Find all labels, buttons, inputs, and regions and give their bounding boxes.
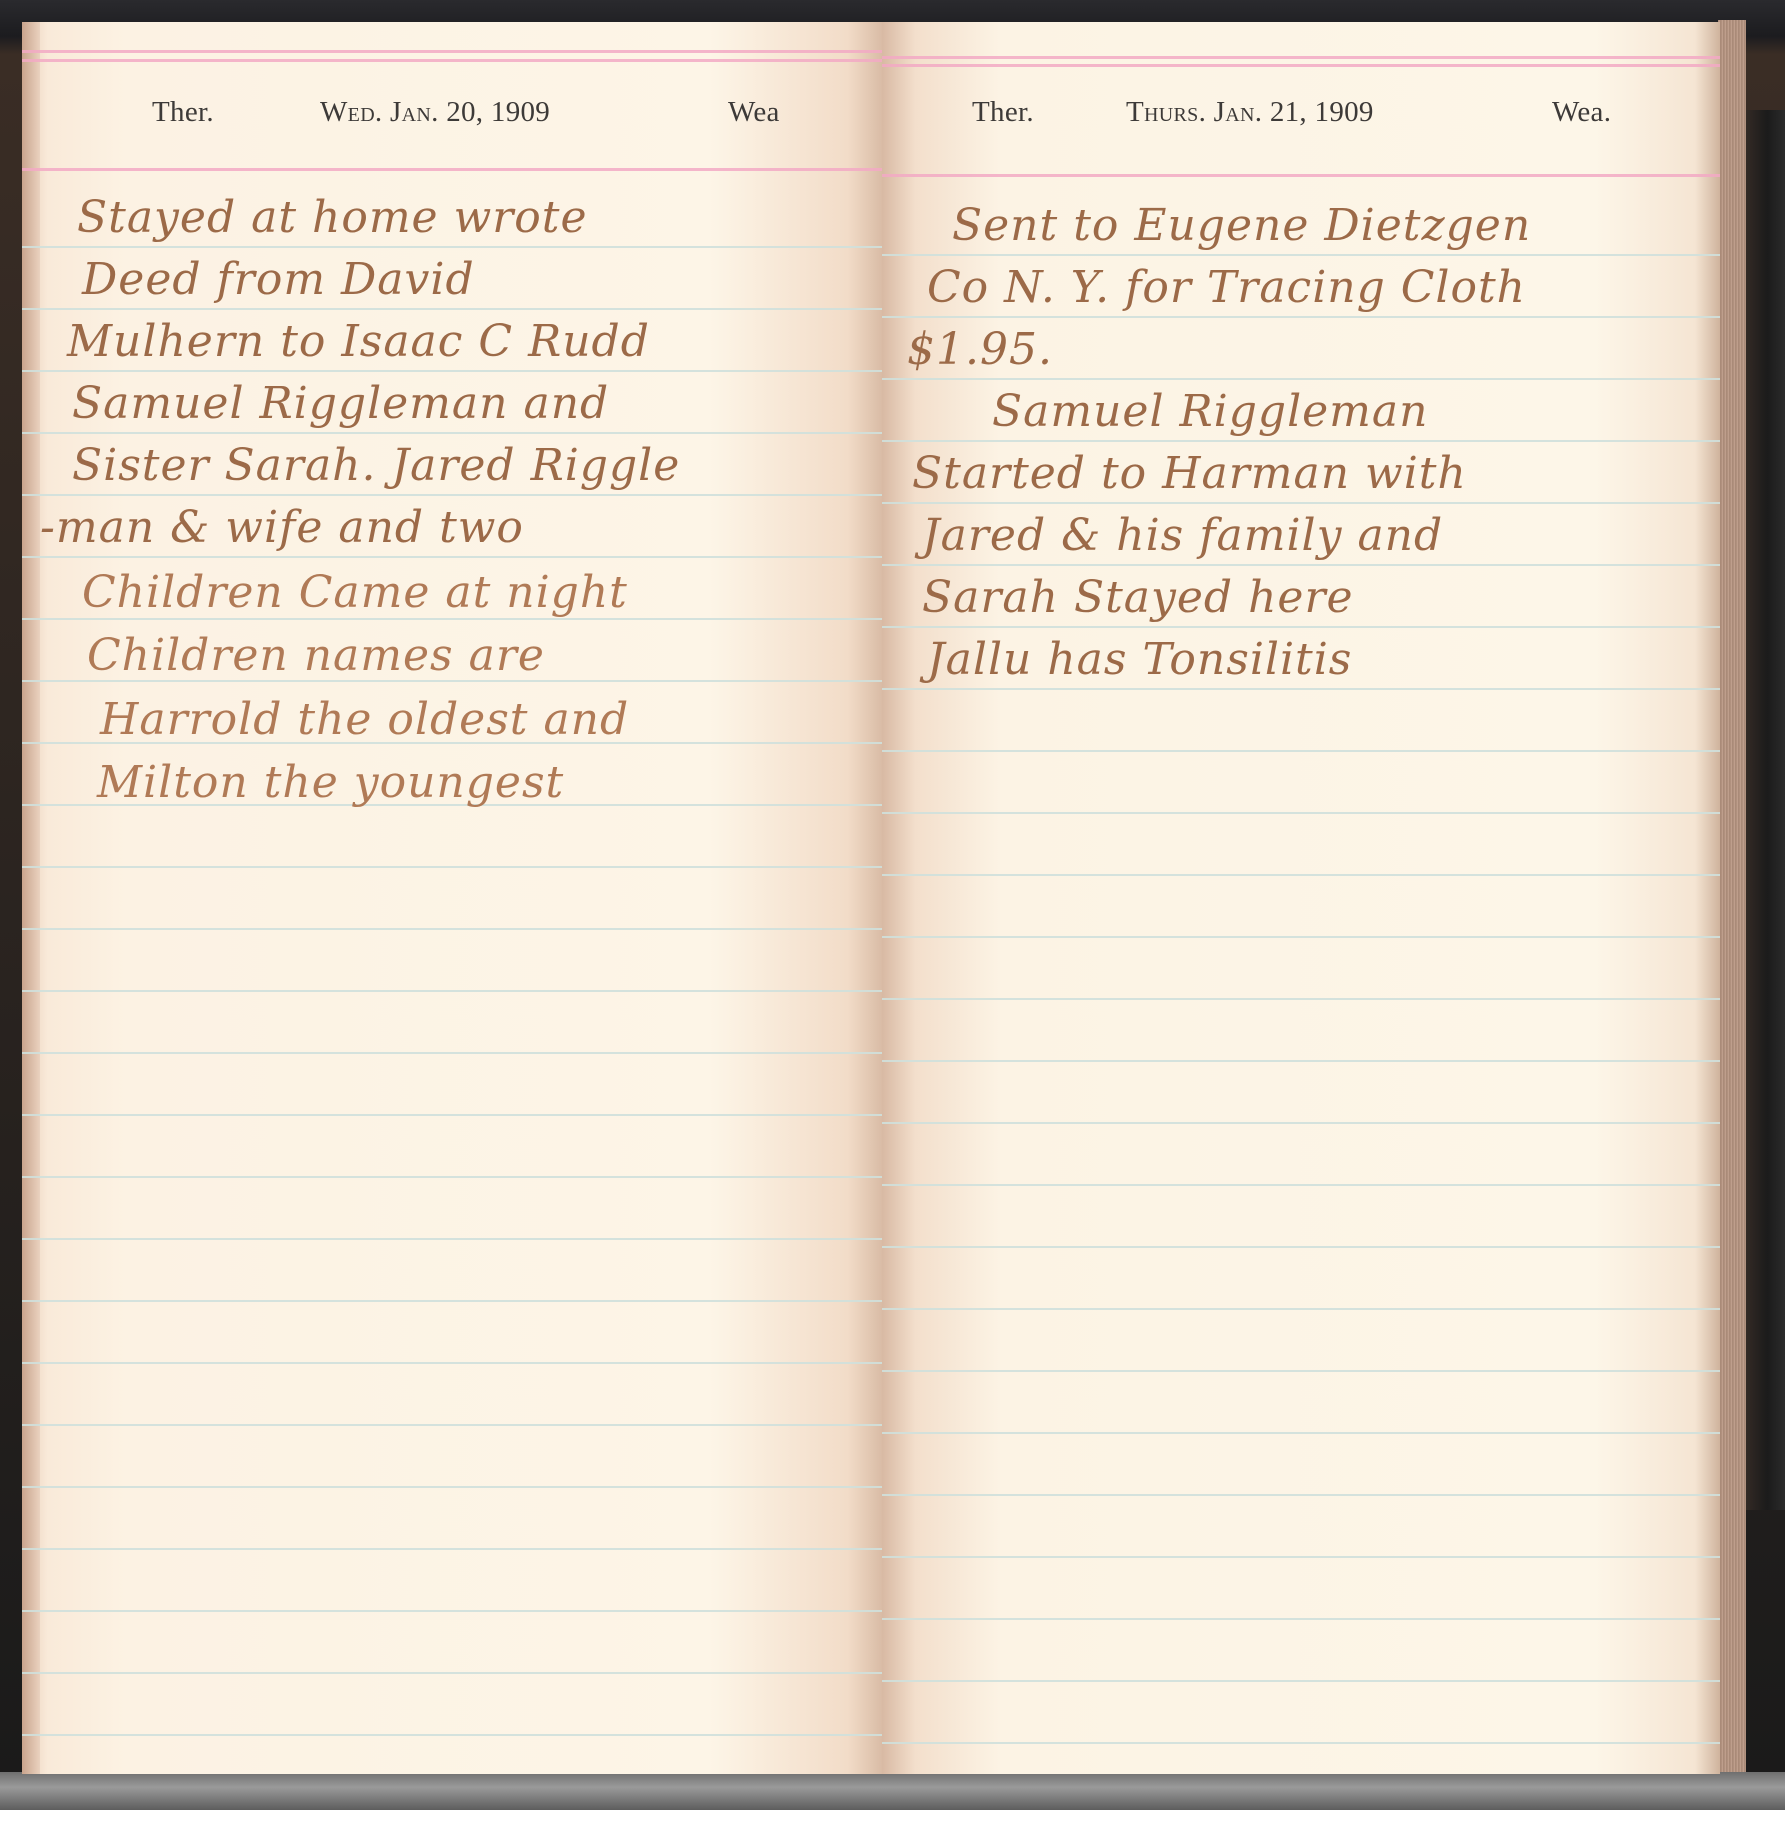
handwritten-line: Deed from David xyxy=(82,254,475,305)
handwritten-line: -man & wife and two xyxy=(40,502,524,553)
ruled-line xyxy=(882,1556,1720,1558)
ruled-line xyxy=(882,440,1720,442)
ruled-line xyxy=(882,1060,1720,1062)
wea-label: Wea. xyxy=(1552,96,1611,129)
ther-label: Ther. xyxy=(152,96,214,129)
ruled-line xyxy=(882,750,1720,752)
ruled-line xyxy=(22,1486,882,1488)
handwritten-line: Stayed at home wrote xyxy=(77,192,588,243)
ruled-line xyxy=(22,1734,882,1736)
ruled-line xyxy=(22,1052,882,1054)
page-date: Wed. Jan. 20, 1909 xyxy=(320,96,550,129)
ruled-line xyxy=(882,1370,1720,1372)
ruled-line xyxy=(22,990,882,992)
left-page-header: Ther. Wed. Jan. 20, 1909 Wea xyxy=(22,96,882,146)
ruled-line xyxy=(22,432,882,434)
handwritten-line: $1.95. xyxy=(907,324,1053,375)
ruled-line xyxy=(882,502,1720,504)
ruled-line xyxy=(882,936,1720,938)
page-edges xyxy=(1718,20,1746,1775)
ruled-line xyxy=(22,928,882,930)
handwritten-line: Samuel Riggleman xyxy=(992,386,1428,437)
ruled-line xyxy=(22,1548,882,1550)
book-cover-right-edge xyxy=(1740,110,1785,1510)
ruled-line xyxy=(22,1362,882,1364)
handwritten-line: Children Came at night xyxy=(82,567,628,618)
book-cover-bottom-edge xyxy=(0,1772,1785,1810)
ruled-line xyxy=(882,688,1720,690)
handwritten-line: Co N. Y. for Tracing Cloth xyxy=(927,262,1526,313)
right-page: Ther. Thurs. Jan. 21, 1909 Wea. Sent to … xyxy=(882,22,1720,1774)
handwritten-line: Jallu has Tonsilitis xyxy=(927,634,1352,685)
ruled-line xyxy=(22,1672,882,1674)
ruled-line xyxy=(882,998,1720,1000)
ruled-line xyxy=(882,254,1720,256)
handwritten-line: Milton the youngest xyxy=(97,757,564,808)
ruled-line xyxy=(882,564,1720,566)
ruled-line xyxy=(882,812,1720,814)
handwritten-line: Started to Harman with xyxy=(912,448,1467,499)
header-top-rule-2 xyxy=(882,64,1720,67)
handwritten-line: Jared & his family and xyxy=(922,510,1443,561)
handwritten-line: Samuel Riggleman and xyxy=(72,378,609,429)
ruled-line xyxy=(22,866,882,868)
handwritten-line: Children names are xyxy=(87,630,545,681)
ruled-line xyxy=(22,308,882,310)
ruled-line xyxy=(882,1742,1720,1744)
ruled-line xyxy=(22,246,882,248)
ruled-line xyxy=(22,556,882,558)
header-bottom-rule xyxy=(22,168,882,171)
header-top-rule xyxy=(22,50,882,53)
wea-label: Wea xyxy=(728,96,780,129)
ruled-line xyxy=(882,1122,1720,1124)
ruled-line xyxy=(22,1238,882,1240)
ruled-line xyxy=(882,1184,1720,1186)
ruled-line xyxy=(22,370,882,372)
left-page-edge xyxy=(22,22,40,1774)
header-top-rule xyxy=(882,56,1720,59)
ruled-line xyxy=(22,618,882,620)
ruled-line xyxy=(882,1432,1720,1434)
ruled-line xyxy=(882,1618,1720,1620)
handwritten-line: Sister Sarah. Jared Riggle xyxy=(72,440,680,491)
ruled-line xyxy=(22,1424,882,1426)
ruled-line xyxy=(882,1246,1720,1248)
right-page-header: Ther. Thurs. Jan. 21, 1909 Wea. xyxy=(882,96,1720,146)
header-bottom-rule xyxy=(882,174,1720,177)
page-date: Thurs. Jan. 21, 1909 xyxy=(1126,96,1374,129)
ruled-line xyxy=(22,494,882,496)
ruled-line xyxy=(882,378,1720,380)
ruled-line xyxy=(882,1308,1720,1310)
ruled-line xyxy=(882,626,1720,628)
ruled-line xyxy=(22,1300,882,1302)
ruled-line xyxy=(22,1114,882,1116)
handwritten-line: Mulhern to Isaac C Rudd xyxy=(67,316,650,367)
handwritten-line: Sarah Stayed here xyxy=(922,572,1354,623)
ruled-line xyxy=(22,1176,882,1178)
handwritten-line: Sent to Eugene Dietzgen xyxy=(952,200,1531,251)
ruled-line xyxy=(882,1680,1720,1682)
ruled-line xyxy=(882,316,1720,318)
left-page: Ther. Wed. Jan. 20, 1909 Wea Stayed at h… xyxy=(22,22,882,1774)
ruled-line xyxy=(882,874,1720,876)
handwritten-line: Harrold the oldest and xyxy=(100,694,629,745)
ther-label: Ther. xyxy=(972,96,1034,129)
header-top-rule-2 xyxy=(22,59,882,62)
ruled-line xyxy=(22,1610,882,1612)
ruled-line xyxy=(882,1494,1720,1496)
